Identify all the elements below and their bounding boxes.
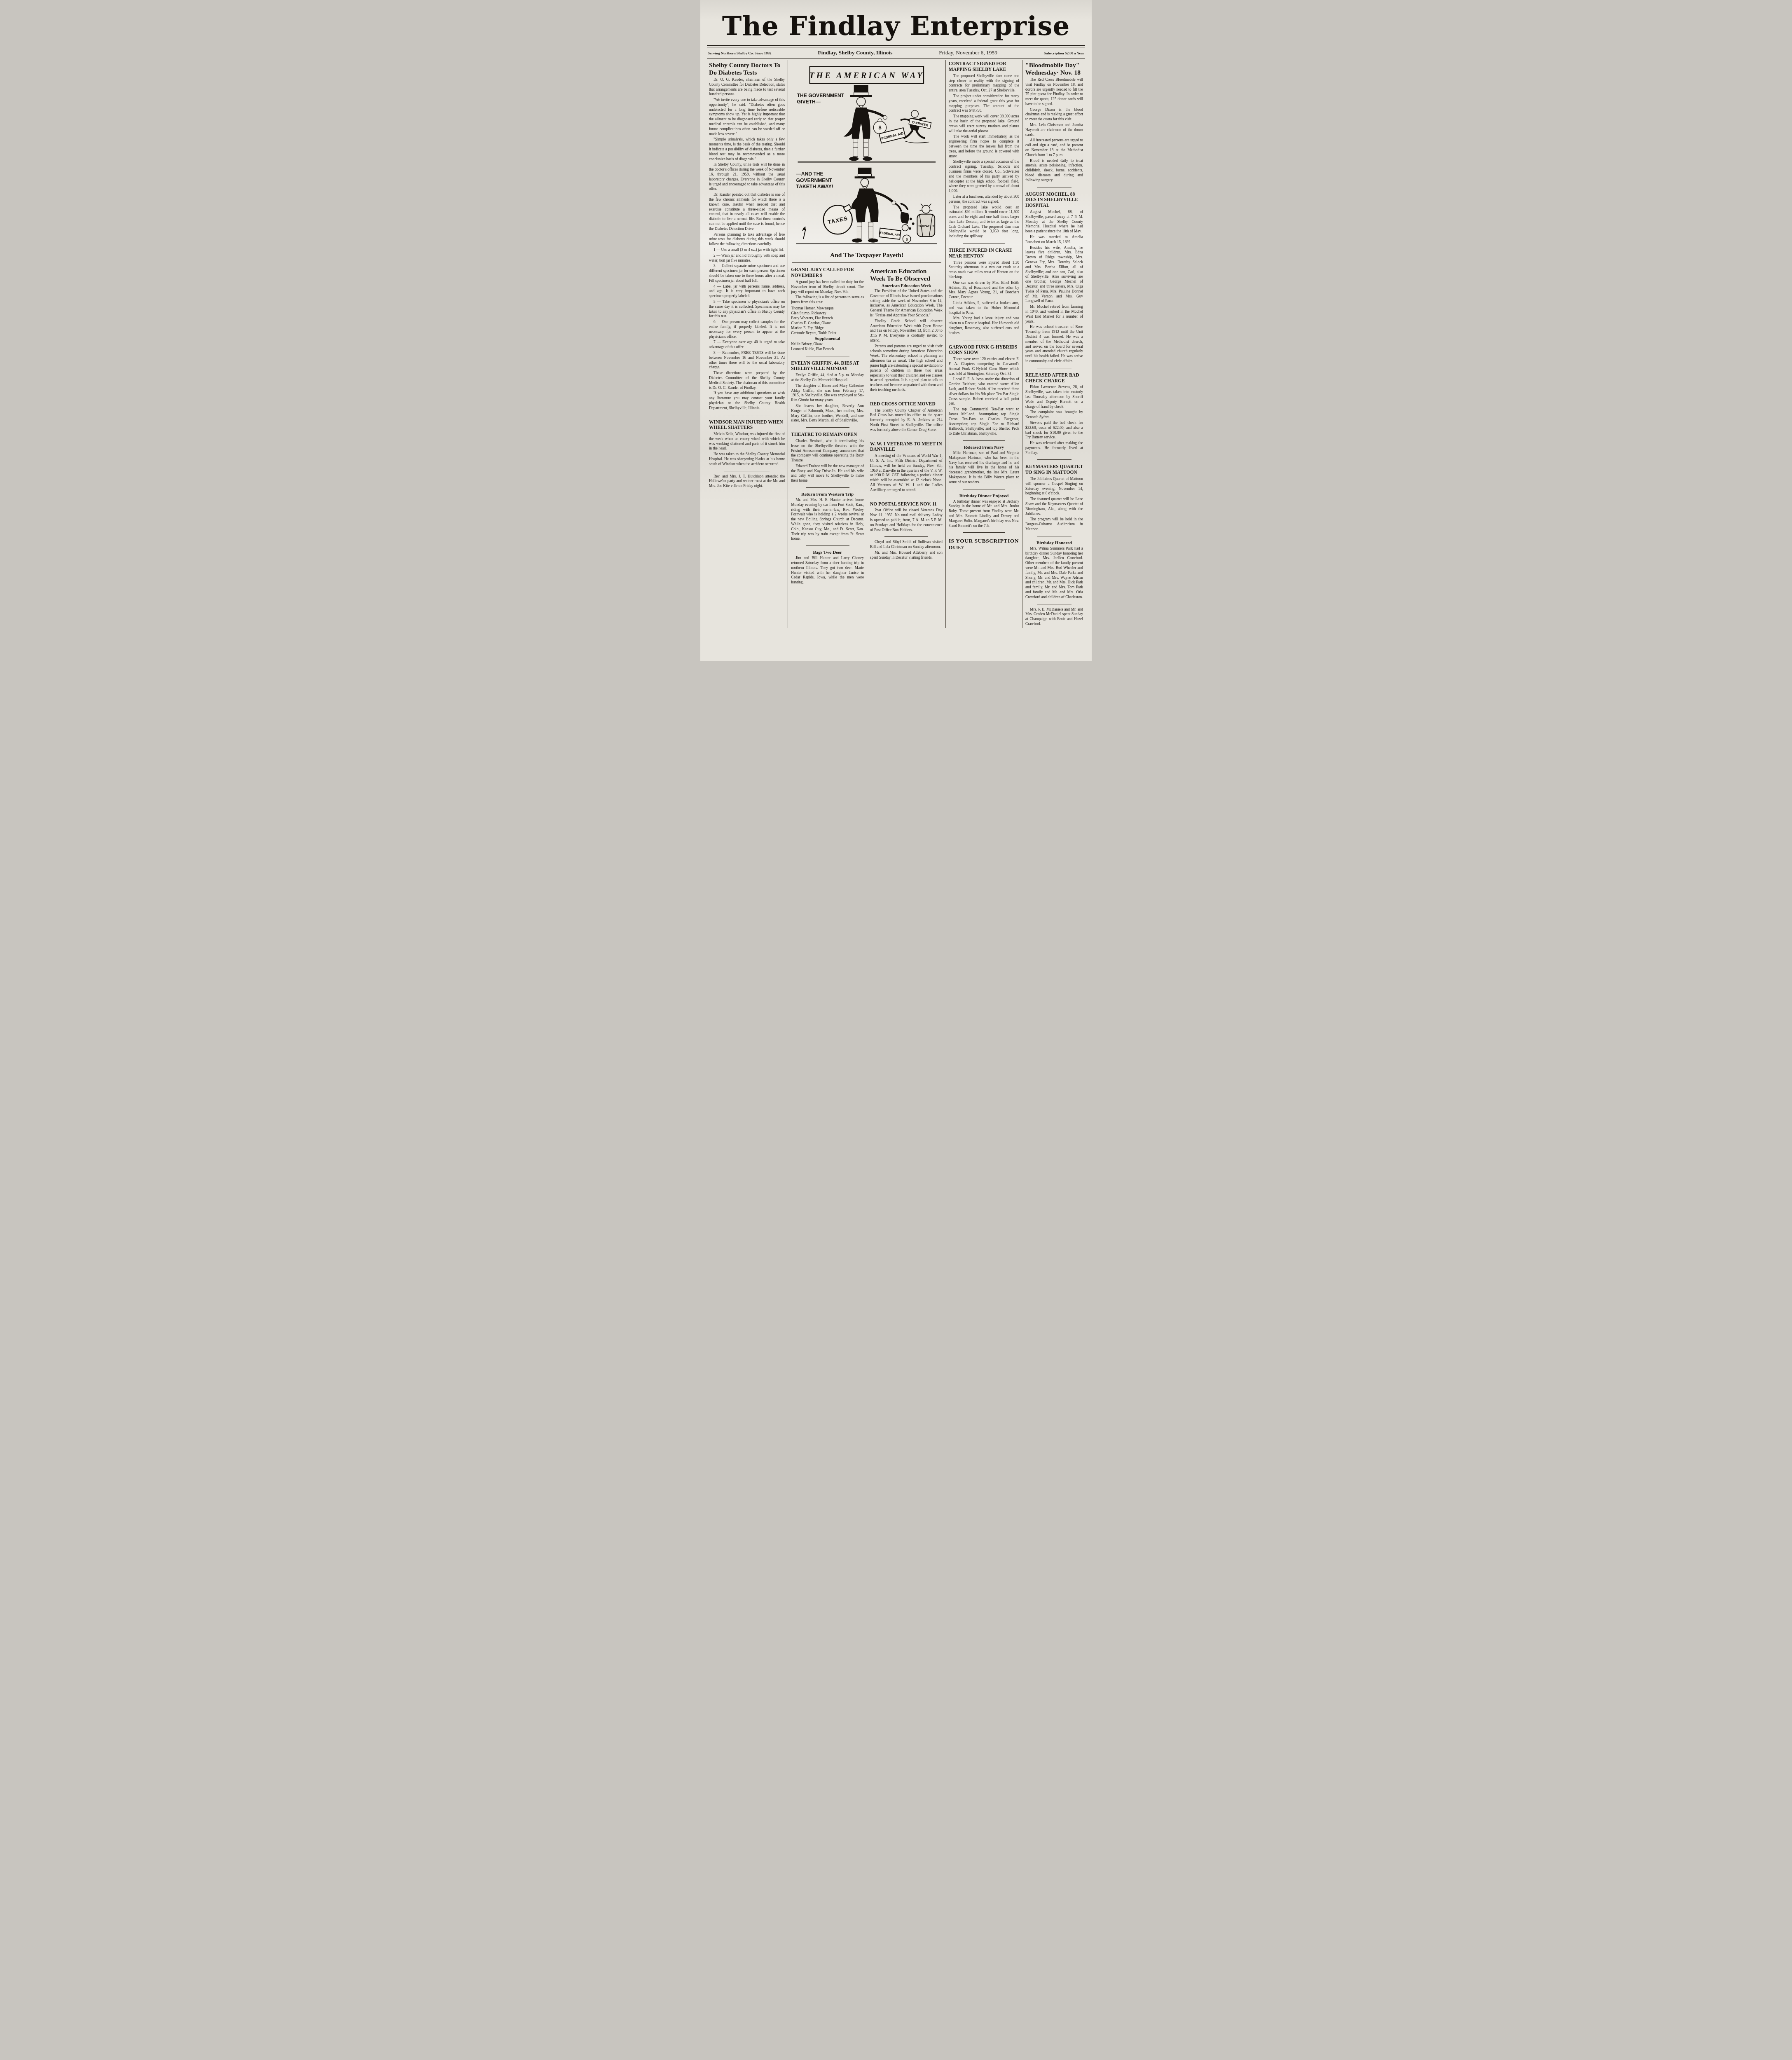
article-headline: THEATRE TO REMAIN OPEN bbox=[791, 432, 864, 438]
cartoon-caption-taketh-2: GOVERNMENT bbox=[796, 178, 833, 183]
list-item: Betty Wooters, Flat Branch bbox=[791, 316, 864, 321]
news-article: Released From NavyMike Hartman, son of P… bbox=[949, 440, 1019, 485]
dateline: Serving Northern Shelby Co. Since 1892 F… bbox=[700, 47, 1092, 57]
cartoon-caption-giveth-1: THE GOVERNMENT bbox=[797, 93, 845, 98]
news-article: Mrs. P. E. McDaniels and Mr. and Mrs. Gr… bbox=[1025, 604, 1083, 627]
article-headline: Birthday Honored bbox=[1025, 541, 1083, 545]
article-headline: Shelby County Doctors To Do Diabetes Tes… bbox=[709, 62, 785, 76]
article-paragraph: There were over 120 entries and eleven F… bbox=[949, 357, 1019, 377]
article-paragraph: Linda Adkins, 9, suffered a broken arm, … bbox=[949, 301, 1019, 316]
article-paragraph: If you have any additional questions or … bbox=[709, 391, 785, 411]
article-paragraph: He was taken to the Shelby County Memori… bbox=[709, 452, 785, 467]
news-article: IS YOUR SUBSCRIPTION DUE? bbox=[949, 532, 1019, 551]
federal-aid-sign-small: FEDERAL AID bbox=[879, 228, 901, 239]
article-paragraph: Shelbyville made a special occasion of t… bbox=[949, 160, 1019, 194]
column-3: American Education Week To Be ObservedAm… bbox=[867, 266, 945, 586]
article-paragraph: Post Office will be closed Veterans Day … bbox=[870, 508, 943, 533]
article-paragraph: He was school treasurer of Rose Township… bbox=[1025, 325, 1083, 364]
article-headline: Bags Two Deer bbox=[791, 550, 864, 555]
svg-text:$: $ bbox=[906, 237, 908, 241]
news-article: CONTRACT SIGNED FOR MAPPING SHELBY LAKET… bbox=[949, 61, 1019, 239]
list-item: Glen Stump, Pickaway bbox=[791, 311, 864, 316]
article-paragraph: The following is a list of persons to se… bbox=[791, 295, 864, 305]
news-article: THEATRE TO REMAIN OPENCharles Beninati, … bbox=[791, 427, 864, 484]
page-body: Shelby County Doctors To Do Diabetes Tes… bbox=[700, 59, 1092, 628]
article-headline: American Education Week To Be Observed bbox=[870, 268, 943, 282]
cartoon-caption-bottom: And The Taxpayer Payeth! bbox=[791, 252, 943, 259]
cartoon-caption-giveth-2: GIVETH— bbox=[797, 99, 821, 105]
article-paragraph: Melvin Krile, Windsor, was injured the f… bbox=[709, 432, 785, 452]
article-headline: GRAND JURY CALLED FOR NOVEMBER 9 bbox=[791, 267, 864, 279]
newspaper-page: The Findlay Enterprise Serving Northern … bbox=[700, 0, 1092, 661]
news-article: NO POSTAL SERVICE NOV. 11Post Office wil… bbox=[870, 497, 943, 533]
article-paragraph: Local F. F. A. boys under the direction … bbox=[949, 377, 1019, 407]
column-1: Shelby County Doctors To Do Diabetes Tes… bbox=[706, 60, 788, 628]
news-article: Shelby County Doctors To Do Diabetes Tes… bbox=[709, 62, 785, 411]
cartoon-caption-taketh-3: TAKETH AWAY! bbox=[796, 184, 833, 190]
article-paragraph: He was released after making the payment… bbox=[1025, 441, 1083, 456]
article-paragraph: The Shelby County Chapter of American Re… bbox=[870, 409, 943, 433]
list-item: Gertrude Beyers, Todds Point bbox=[791, 331, 864, 336]
running-taxpayer-figure: TAXPAYER bbox=[901, 110, 931, 143]
column-group-center: THE AMERICAN WAY THE GOVERNMENT GIVETH— bbox=[788, 60, 945, 628]
news-article: Rev. and Mrs. J. T. Hutchison attended t… bbox=[709, 471, 785, 489]
news-article: "Bloodmobile Day" Wednesday· Nov. 18The … bbox=[1025, 62, 1083, 183]
article-paragraph: Charles Beninati, who is terminating his… bbox=[791, 439, 864, 463]
article-paragraph: The work will start immediately, as the … bbox=[949, 135, 1019, 159]
article-paragraph: The proposed lake would cost an estimate… bbox=[949, 206, 1019, 240]
shaken-taxpayer-figure bbox=[896, 204, 915, 231]
list-item: Leonard Kuhle, Flat Branch bbox=[791, 347, 864, 352]
article-paragraph: Dr. Kauder pointed out that diabetes is … bbox=[709, 193, 785, 232]
article-paragraph: A meeting of the Veterans of World War 1… bbox=[870, 454, 943, 493]
masthead-tagline: Serving Northern Shelby Co. Since 1892 bbox=[708, 51, 772, 55]
news-article: Return From Western TripMr. and Mrs. H. … bbox=[791, 487, 864, 542]
article-headline: IS YOUR SUBSCRIPTION DUE? bbox=[949, 538, 1019, 551]
article-paragraph: 8 — Remember, FREE TESTS will be done be… bbox=[709, 351, 785, 370]
article-paragraph: Mr. Mochel retired from farming in 1940,… bbox=[1025, 305, 1083, 324]
article-paragraph: Rev. and Mrs. J. T. Hutchison attended t… bbox=[709, 475, 785, 489]
article-paragraph: Blood is needed daily to treat anemia, a… bbox=[1025, 159, 1083, 183]
article-paragraph: The Red Cross Bloodmobile will visit Fin… bbox=[1025, 78, 1083, 107]
article-subhead: American Education Week bbox=[870, 284, 943, 288]
column-2: GRAND JURY CALLED FOR NOVEMBER 9A grand … bbox=[788, 266, 867, 586]
article-paragraph: 4 — Label jar with persons name, address… bbox=[709, 285, 785, 299]
article-paragraph: She leaves her daughter, Beverly Ann Kru… bbox=[791, 404, 864, 424]
article-headline: Released From Navy bbox=[949, 445, 1019, 450]
article-headline: WINDSOR MAN INJURED WHEN WHEEL SHATTERS bbox=[709, 420, 785, 431]
news-article: Bags Two DeerJim and Bill Hunter and Lar… bbox=[791, 545, 864, 585]
article-paragraph: 1 — Use a small (3 or 4 oz.) jar with ti… bbox=[709, 248, 785, 253]
article-paragraph: One car was driven by Mrs. Ethel Edith A… bbox=[949, 281, 1019, 300]
masthead-date: Friday, November 6, 1959 bbox=[939, 49, 997, 56]
news-article: American Education Week To Be ObservedAm… bbox=[870, 268, 943, 393]
article-paragraph: "Simple urinalysis, which takes only a f… bbox=[709, 138, 785, 162]
cartoonist-signature bbox=[802, 227, 805, 239]
article-paragraph: George Dixon is the blood chairman and i… bbox=[1025, 108, 1083, 122]
list-item: Charles E. Gordon, Okaw bbox=[791, 321, 864, 326]
article-paragraph: Besides his wife, Amelia, he leaves five… bbox=[1025, 246, 1083, 304]
news-article: RELEASED AFTER BAD CHECK CHARGEEldon Law… bbox=[1025, 368, 1083, 456]
news-article: W. W. 1 VETERANS TO MEET IN DANVILLEA me… bbox=[870, 437, 943, 493]
news-article: RED CROSS OFFICE MOVEDThe Shelby County … bbox=[870, 397, 943, 433]
article-paragraph: "We invite every one to take advantage o… bbox=[709, 98, 785, 137]
article-paragraph: Mr. and Mrs. H. E. Hauter arrived home M… bbox=[791, 498, 864, 542]
column-5: "Bloodmobile Day" Wednesday· Nov. 18The … bbox=[1022, 60, 1086, 628]
article-headline: W. W. 1 VETERANS TO MEET IN DANVILLE bbox=[870, 442, 943, 453]
article-paragraph: Mike Hartman, son of Paul and Virginia M… bbox=[949, 451, 1019, 485]
article-paragraph: The featured quartet will be Lane Shaw a… bbox=[1025, 497, 1083, 517]
article-headline: RED CROSS OFFICE MOVED bbox=[870, 402, 943, 407]
article-paragraph: Mrs. Wilma Summers Park had a birthday d… bbox=[1025, 547, 1083, 600]
article-paragraph: The proposed Shelbyville dam came one st… bbox=[949, 74, 1019, 94]
article-headline: AUGUST MOCHEL, 88 DIES IN SHELBYVILLE HO… bbox=[1025, 192, 1083, 209]
article-paragraph: Edward Trainor will be the new manager o… bbox=[791, 464, 864, 484]
article-paragraph: The top Commercial Ten-Ear went to James… bbox=[949, 407, 1019, 437]
article-list: Thomas Hemer, MoweaquaGlen Stump, Pickaw… bbox=[791, 306, 864, 336]
article-paragraph: 7 — Everyone over age 40 is urged to tak… bbox=[709, 340, 785, 350]
article-headline: THREE INJURED IN CRASH NEAR HENTON bbox=[949, 248, 1019, 260]
article-paragraph: Three persons were injured about 1:30 Sa… bbox=[949, 261, 1019, 280]
article-paragraph: A birthday dinner was enjoyed at Bethany… bbox=[949, 500, 1019, 529]
article-paragraph: The complaint was brought by Kenneth Syf… bbox=[1025, 410, 1083, 420]
article-subhead: Supplemental bbox=[791, 337, 864, 341]
news-article: Birthday HonoredMrs. Wilma Summers Park … bbox=[1025, 536, 1083, 600]
masthead-location: Findlay, Shelby County, Illinois bbox=[818, 49, 892, 56]
news-article: KEYMASTERS QUARTET TO SING IN MATTOONThe… bbox=[1025, 459, 1083, 532]
article-headline: "Bloodmobile Day" Wednesday· Nov. 18 bbox=[1025, 62, 1083, 76]
news-article: EVELYN GRIFFIN, 44, DIES AT SHELBYVILLE … bbox=[791, 356, 864, 424]
article-paragraph: 2 — Wash jar and lid throughly with soap… bbox=[709, 254, 785, 264]
dollar-sign: $ bbox=[879, 125, 882, 131]
cartoon-caption-taketh-1: —AND THE bbox=[796, 171, 823, 177]
masthead-title: The Findlay Enterprise bbox=[700, 12, 1092, 40]
editorial-cartoon: THE AMERICAN WAY THE GOVERNMENT GIVETH— bbox=[791, 63, 943, 259]
taxes-bag: TAXES bbox=[823, 205, 852, 234]
news-article: WINDSOR MAN INJURED WHEN WHEEL SHATTERSM… bbox=[709, 415, 785, 467]
article-paragraph: The project under consideration for many… bbox=[949, 94, 1019, 114]
article-paragraph: These directions were prepared by the Di… bbox=[709, 371, 785, 391]
news-article: GRAND JURY CALLED FOR NOVEMBER 9A grand … bbox=[791, 267, 864, 352]
article-paragraph: Persons planning to take advantage of fr… bbox=[709, 233, 785, 247]
cartoon-drawing: THE AMERICAN WAY THE GOVERNMENT GIVETH— bbox=[791, 63, 943, 251]
article-paragraph: Parents and patrons are urged to visit t… bbox=[870, 344, 943, 393]
news-article: Birthday Dinner EnjoyedA birthday dinner… bbox=[949, 489, 1019, 529]
taxpayer-barrel: TAXPAYER bbox=[917, 204, 935, 237]
article-paragraph: 5 — Take specimen to physician's office … bbox=[709, 300, 785, 319]
article-headline: NO POSTAL SERVICE NOV. 11 bbox=[870, 502, 943, 508]
article-paragraph: Eldon Lawrence Stevens, 28, of Shelbyvil… bbox=[1025, 385, 1083, 410]
article-paragraph: Mrs. P. E. McDaniels and Mr. and Mrs. Gr… bbox=[1025, 608, 1083, 627]
article-paragraph: All interested persons are urged to call… bbox=[1025, 138, 1083, 158]
news-article: GARWOOD FUNK G-HYBRIDS CORN SHOWThere we… bbox=[949, 340, 1019, 437]
article-headline: KEYMASTERS QUARTET TO SING IN MATTOON bbox=[1025, 464, 1083, 476]
article-headline: Birthday Dinner Enjoyed bbox=[949, 494, 1019, 499]
article-paragraph: Jim and Bill Hunter and Larry Chaney ret… bbox=[791, 556, 864, 585]
article-paragraph: Mr. and Mrs. Howard Atteberry and son sp… bbox=[870, 551, 943, 561]
svg-text:TAXPAYER: TAXPAYER bbox=[918, 224, 934, 228]
news-article: AUGUST MOCHEL, 88 DIES IN SHELBYVILLE HO… bbox=[1025, 187, 1083, 364]
article-paragraph: Findlay Grade School will observe Americ… bbox=[870, 319, 943, 344]
article-paragraph: The President of the United States and t… bbox=[870, 289, 943, 318]
article-paragraph: In Shelby County, urine tests will be do… bbox=[709, 163, 785, 192]
article-paragraph: Mrs. Young had a knee injury and was tak… bbox=[949, 316, 1019, 336]
news-article: THREE INJURED IN CRASH NEAR HENTONThree … bbox=[949, 243, 1019, 336]
list-item: Thomas Hemer, Moweaqua bbox=[791, 306, 864, 311]
article-headline: EVELYN GRIFFIN, 44, DIES AT SHELBYVILLE … bbox=[791, 361, 864, 372]
article-headline: RELEASED AFTER BAD CHECK CHARGE bbox=[1025, 373, 1083, 384]
list-item: Marion E. Fry, Ridge bbox=[791, 326, 864, 331]
article-paragraph: August Mochel, 88, of Shelbyville, passe… bbox=[1025, 210, 1083, 234]
article-paragraph: Later at a luncheon, attended by about 3… bbox=[949, 195, 1019, 205]
cartoon-separator-rule bbox=[792, 262, 941, 263]
article-paragraph: Dr. O. G. Kauder, chairman of the Shelby… bbox=[709, 78, 785, 97]
article-paragraph: 6 — One person may collect samples for t… bbox=[709, 320, 785, 339]
article-paragraph: The Jubilaires Quartet of Mattoon will s… bbox=[1025, 477, 1083, 496]
news-article: Cloyd and Sibyl Smith of Sullivan visite… bbox=[870, 536, 943, 560]
column-4: CONTRACT SIGNED FOR MAPPING SHELBY LAKET… bbox=[945, 60, 1022, 628]
article-list: Nellie Briney, OkawLeonard Kuhle, Flat B… bbox=[791, 342, 864, 352]
article-paragraph: Cloyd and Sibyl Smith of Sullivan visite… bbox=[870, 540, 943, 550]
article-headline: CONTRACT SIGNED FOR MAPPING SHELBY LAKE bbox=[949, 61, 1019, 73]
federal-aid-money-bag: $ bbox=[874, 119, 887, 134]
cartoon-title: THE AMERICAN WAY bbox=[809, 71, 924, 80]
article-headline: Return From Western Trip bbox=[791, 492, 864, 497]
small-money-bag: $ bbox=[903, 235, 911, 243]
article-paragraph: The daughter of Elmer and Mary Catherine… bbox=[791, 384, 864, 403]
masthead: The Findlay Enterprise Serving Northern … bbox=[700, 0, 1092, 59]
article-paragraph: The mapping work will cover 38,000 acres… bbox=[949, 115, 1019, 134]
article-paragraph: Mrs. Lela Christman and Juanita Haycroft… bbox=[1025, 123, 1083, 138]
article-paragraph: He was married to Amelia Pauschert on Ma… bbox=[1025, 235, 1083, 245]
article-paragraph: A grand jury has been called for duty fo… bbox=[791, 280, 864, 295]
article-headline: GARWOOD FUNK G-HYBRIDS CORN SHOW bbox=[949, 345, 1019, 356]
article-paragraph: Stevens paid the bad check for $22.60, c… bbox=[1025, 421, 1083, 440]
article-paragraph: The program will be held in the Burgess-… bbox=[1025, 517, 1083, 532]
article-paragraph: 3 — Collect separate urine specimen and … bbox=[709, 264, 785, 283]
list-item: Nellie Briney, Okaw bbox=[791, 342, 864, 347]
article-paragraph: Evelyn Griffin, 44, died at 5 p. m. Mond… bbox=[791, 373, 864, 383]
masthead-subscription: Subscription $2.00 a Year bbox=[1044, 51, 1084, 55]
